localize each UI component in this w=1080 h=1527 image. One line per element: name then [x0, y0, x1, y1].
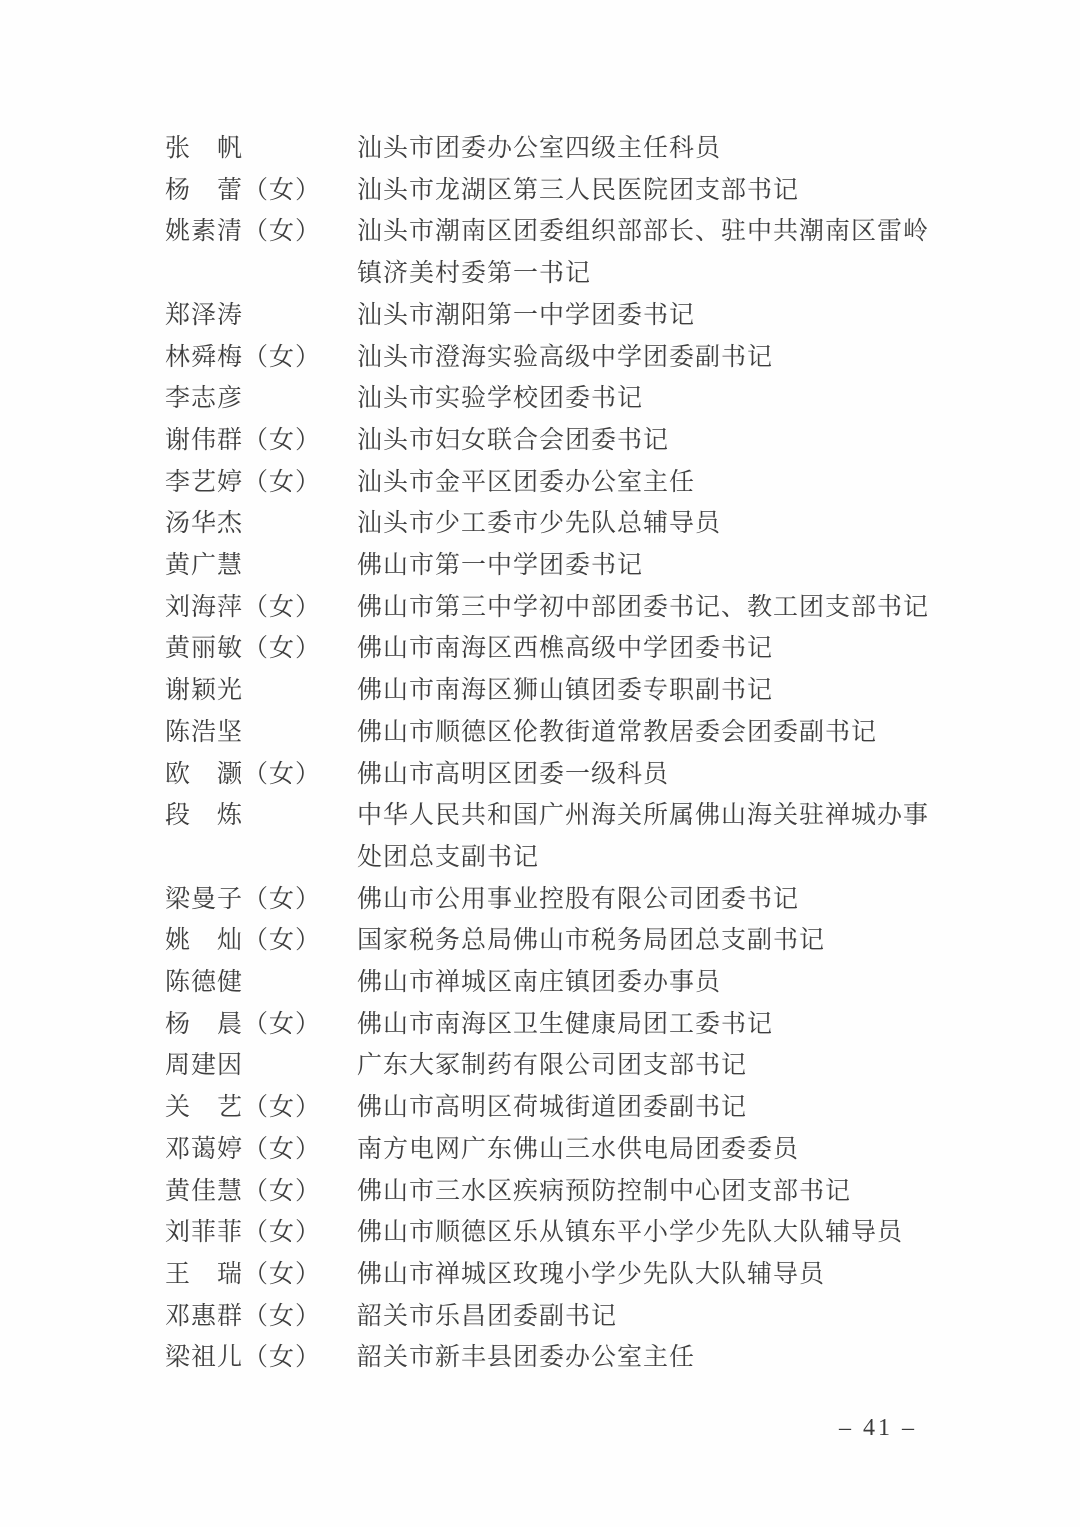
- page-number: – 41 –: [839, 1413, 917, 1443]
- roster-row: 杨 晨（女） 佛山市南海区卫生健康局团工委书记: [165, 1004, 935, 1046]
- person-position: 汕头市龙湖区第三人民医院团支部书记: [357, 170, 931, 212]
- person-position: 汕头市潮阳第一中学团委书记: [357, 295, 931, 337]
- roster-row: 段 炼 中华人民共和国广州海关所属佛山海关驻禅城办事处团总支副书记: [165, 795, 935, 878]
- person-position: 佛山市高明区荷城街道团委副书记: [357, 1087, 931, 1129]
- person-position: 佛山市公用事业控股有限公司团委书记: [357, 879, 931, 921]
- person-position: 国家税务总局佛山市税务局团总支副书记: [357, 920, 931, 962]
- person-name: 杨 晨（女）: [165, 1004, 357, 1046]
- person-name: 刘菲菲（女）: [165, 1212, 357, 1254]
- roster-row: 谢伟群（女） 汕头市妇女联合会团委书记: [165, 420, 935, 462]
- person-name: 汤华杰: [165, 503, 357, 545]
- roster-row: 林舜梅（女） 汕头市澄海实验高级中学团委副书记: [165, 337, 935, 379]
- roster-row: 周建因 广东大冢制药有限公司团支部书记: [165, 1045, 935, 1087]
- person-name: 李艺婷（女）: [165, 462, 357, 504]
- person-name: 黄广慧: [165, 545, 357, 587]
- person-position: 广东大冢制药有限公司团支部书记: [357, 1045, 931, 1087]
- person-name: 梁曼子（女）: [165, 879, 357, 921]
- person-name: 陈浩坚: [165, 712, 357, 754]
- roster-row: 郑泽涛 汕头市潮阳第一中学团委书记: [165, 295, 935, 337]
- roster-row: 欧 灏（女） 佛山市高明区团委一级科员: [165, 754, 935, 796]
- person-name: 梁祖儿（女）: [165, 1337, 357, 1379]
- roster-row: 梁曼子（女） 佛山市公用事业控股有限公司团委书记: [165, 879, 935, 921]
- roster-row: 关 艺（女） 佛山市高明区荷城街道团委副书记: [165, 1087, 935, 1129]
- person-position: 汕头市澄海实验高级中学团委副书记: [357, 337, 931, 379]
- person-name: 张 帆: [165, 128, 357, 170]
- person-name: 周建因: [165, 1045, 357, 1087]
- roster-row: 杨 蕾（女） 汕头市龙湖区第三人民医院团支部书记: [165, 170, 935, 212]
- person-name: 姚素清（女）: [165, 211, 357, 253]
- person-position: 韶关市新丰县团委办公室主任: [357, 1337, 931, 1379]
- person-position: 佛山市三水区疾病预防控制中心团支部书记: [357, 1171, 931, 1213]
- person-name: 谢伟群（女）: [165, 420, 357, 462]
- person-position: 佛山市第一中学团委书记: [357, 545, 931, 587]
- roster-row: 邓惠群（女） 韶关市乐昌团委副书记: [165, 1296, 935, 1338]
- person-position: 韶关市乐昌团委副书记: [357, 1296, 931, 1338]
- roster-row: 黄广慧 佛山市第一中学团委书记: [165, 545, 935, 587]
- roster-row: 黄佳慧（女） 佛山市三水区疾病预防控制中心团支部书记: [165, 1171, 935, 1213]
- roster-row: 李志彦 汕头市实验学校团委书记: [165, 378, 935, 420]
- person-position: 汕头市团委办公室四级主任科员: [357, 128, 931, 170]
- person-position: 佛山市顺德区伦教街道常教居委会团委副书记: [357, 712, 931, 754]
- person-name: 郑泽涛: [165, 295, 357, 337]
- person-position: 佛山市南海区卫生健康局团工委书记: [357, 1004, 931, 1046]
- roster-row: 陈浩坚 佛山市顺德区伦教街道常教居委会团委副书记: [165, 712, 935, 754]
- roster-row: 王 瑞（女） 佛山市禅城区玫瑰小学少先队大队辅导员: [165, 1254, 935, 1296]
- person-position: 佛山市禅城区南庄镇团委办事员: [357, 962, 931, 1004]
- person-position: 汕头市金平区团委办公室主任: [357, 462, 931, 504]
- person-name: 姚 灿（女）: [165, 920, 357, 962]
- person-name: 李志彦: [165, 378, 357, 420]
- document-page: 张 帆 汕头市团委办公室四级主任科员 杨 蕾（女） 汕头市龙湖区第三人民医院团支…: [0, 0, 1080, 1527]
- person-position: 佛山市高明区团委一级科员: [357, 754, 931, 796]
- person-name: 欧 灏（女）: [165, 754, 357, 796]
- roster-row: 谢颖光 佛山市南海区狮山镇团委专职副书记: [165, 670, 935, 712]
- person-position: 南方电网广东佛山三水供电局团委委员: [357, 1129, 931, 1171]
- person-name: 林舜梅（女）: [165, 337, 357, 379]
- person-name: 刘海萍（女）: [165, 587, 357, 629]
- person-position: 汕头市潮南区团委组织部部长、驻中共潮南区雷岭镇济美村委第一书记: [357, 211, 931, 294]
- person-name: 谢颖光: [165, 670, 357, 712]
- person-name: 段 炼: [165, 795, 357, 837]
- roster-row: 姚素清（女） 汕头市潮南区团委组织部部长、驻中共潮南区雷岭镇济美村委第一书记: [165, 211, 935, 294]
- person-position: 汕头市少工委市少先队总辅导员: [357, 503, 931, 545]
- person-name: 黄佳慧（女）: [165, 1171, 357, 1213]
- person-name: 王 瑞（女）: [165, 1254, 357, 1296]
- person-name: 邓蔼婷（女）: [165, 1129, 357, 1171]
- person-position: 汕头市实验学校团委书记: [357, 378, 931, 420]
- roster-row: 汤华杰 汕头市少工委市少先队总辅导员: [165, 503, 935, 545]
- person-name: 黄丽敏（女）: [165, 628, 357, 670]
- person-position: 佛山市顺德区乐从镇东平小学少先队大队辅导员: [357, 1212, 931, 1254]
- roster-row: 姚 灿（女） 国家税务总局佛山市税务局团总支副书记: [165, 920, 935, 962]
- roster-list: 张 帆 汕头市团委办公室四级主任科员 杨 蕾（女） 汕头市龙湖区第三人民医院团支…: [165, 128, 935, 1379]
- roster-row: 李艺婷（女） 汕头市金平区团委办公室主任: [165, 462, 935, 504]
- roster-row: 黄丽敏（女） 佛山市南海区西樵高级中学团委书记: [165, 628, 935, 670]
- person-name: 关 艺（女）: [165, 1087, 357, 1129]
- person-position: 佛山市禅城区玫瑰小学少先队大队辅导员: [357, 1254, 931, 1296]
- roster-row: 张 帆 汕头市团委办公室四级主任科员: [165, 128, 935, 170]
- person-position: 中华人民共和国广州海关所属佛山海关驻禅城办事处团总支副书记: [357, 795, 931, 878]
- person-position: 佛山市第三中学初中部团委书记、教工团支部书记: [357, 587, 931, 629]
- roster-row: 陈德健 佛山市禅城区南庄镇团委办事员: [165, 962, 935, 1004]
- roster-row: 刘海萍（女） 佛山市第三中学初中部团委书记、教工团支部书记: [165, 587, 935, 629]
- person-name: 杨 蕾（女）: [165, 170, 357, 212]
- person-name: 邓惠群（女）: [165, 1296, 357, 1338]
- person-name: 陈德健: [165, 962, 357, 1004]
- roster-row: 梁祖儿（女） 韶关市新丰县团委办公室主任: [165, 1337, 935, 1379]
- roster-row: 刘菲菲（女） 佛山市顺德区乐从镇东平小学少先队大队辅导员: [165, 1212, 935, 1254]
- person-position: 佛山市南海区狮山镇团委专职副书记: [357, 670, 931, 712]
- person-position: 汕头市妇女联合会团委书记: [357, 420, 931, 462]
- person-position: 佛山市南海区西樵高级中学团委书记: [357, 628, 931, 670]
- roster-row: 邓蔼婷（女） 南方电网广东佛山三水供电局团委委员: [165, 1129, 935, 1171]
